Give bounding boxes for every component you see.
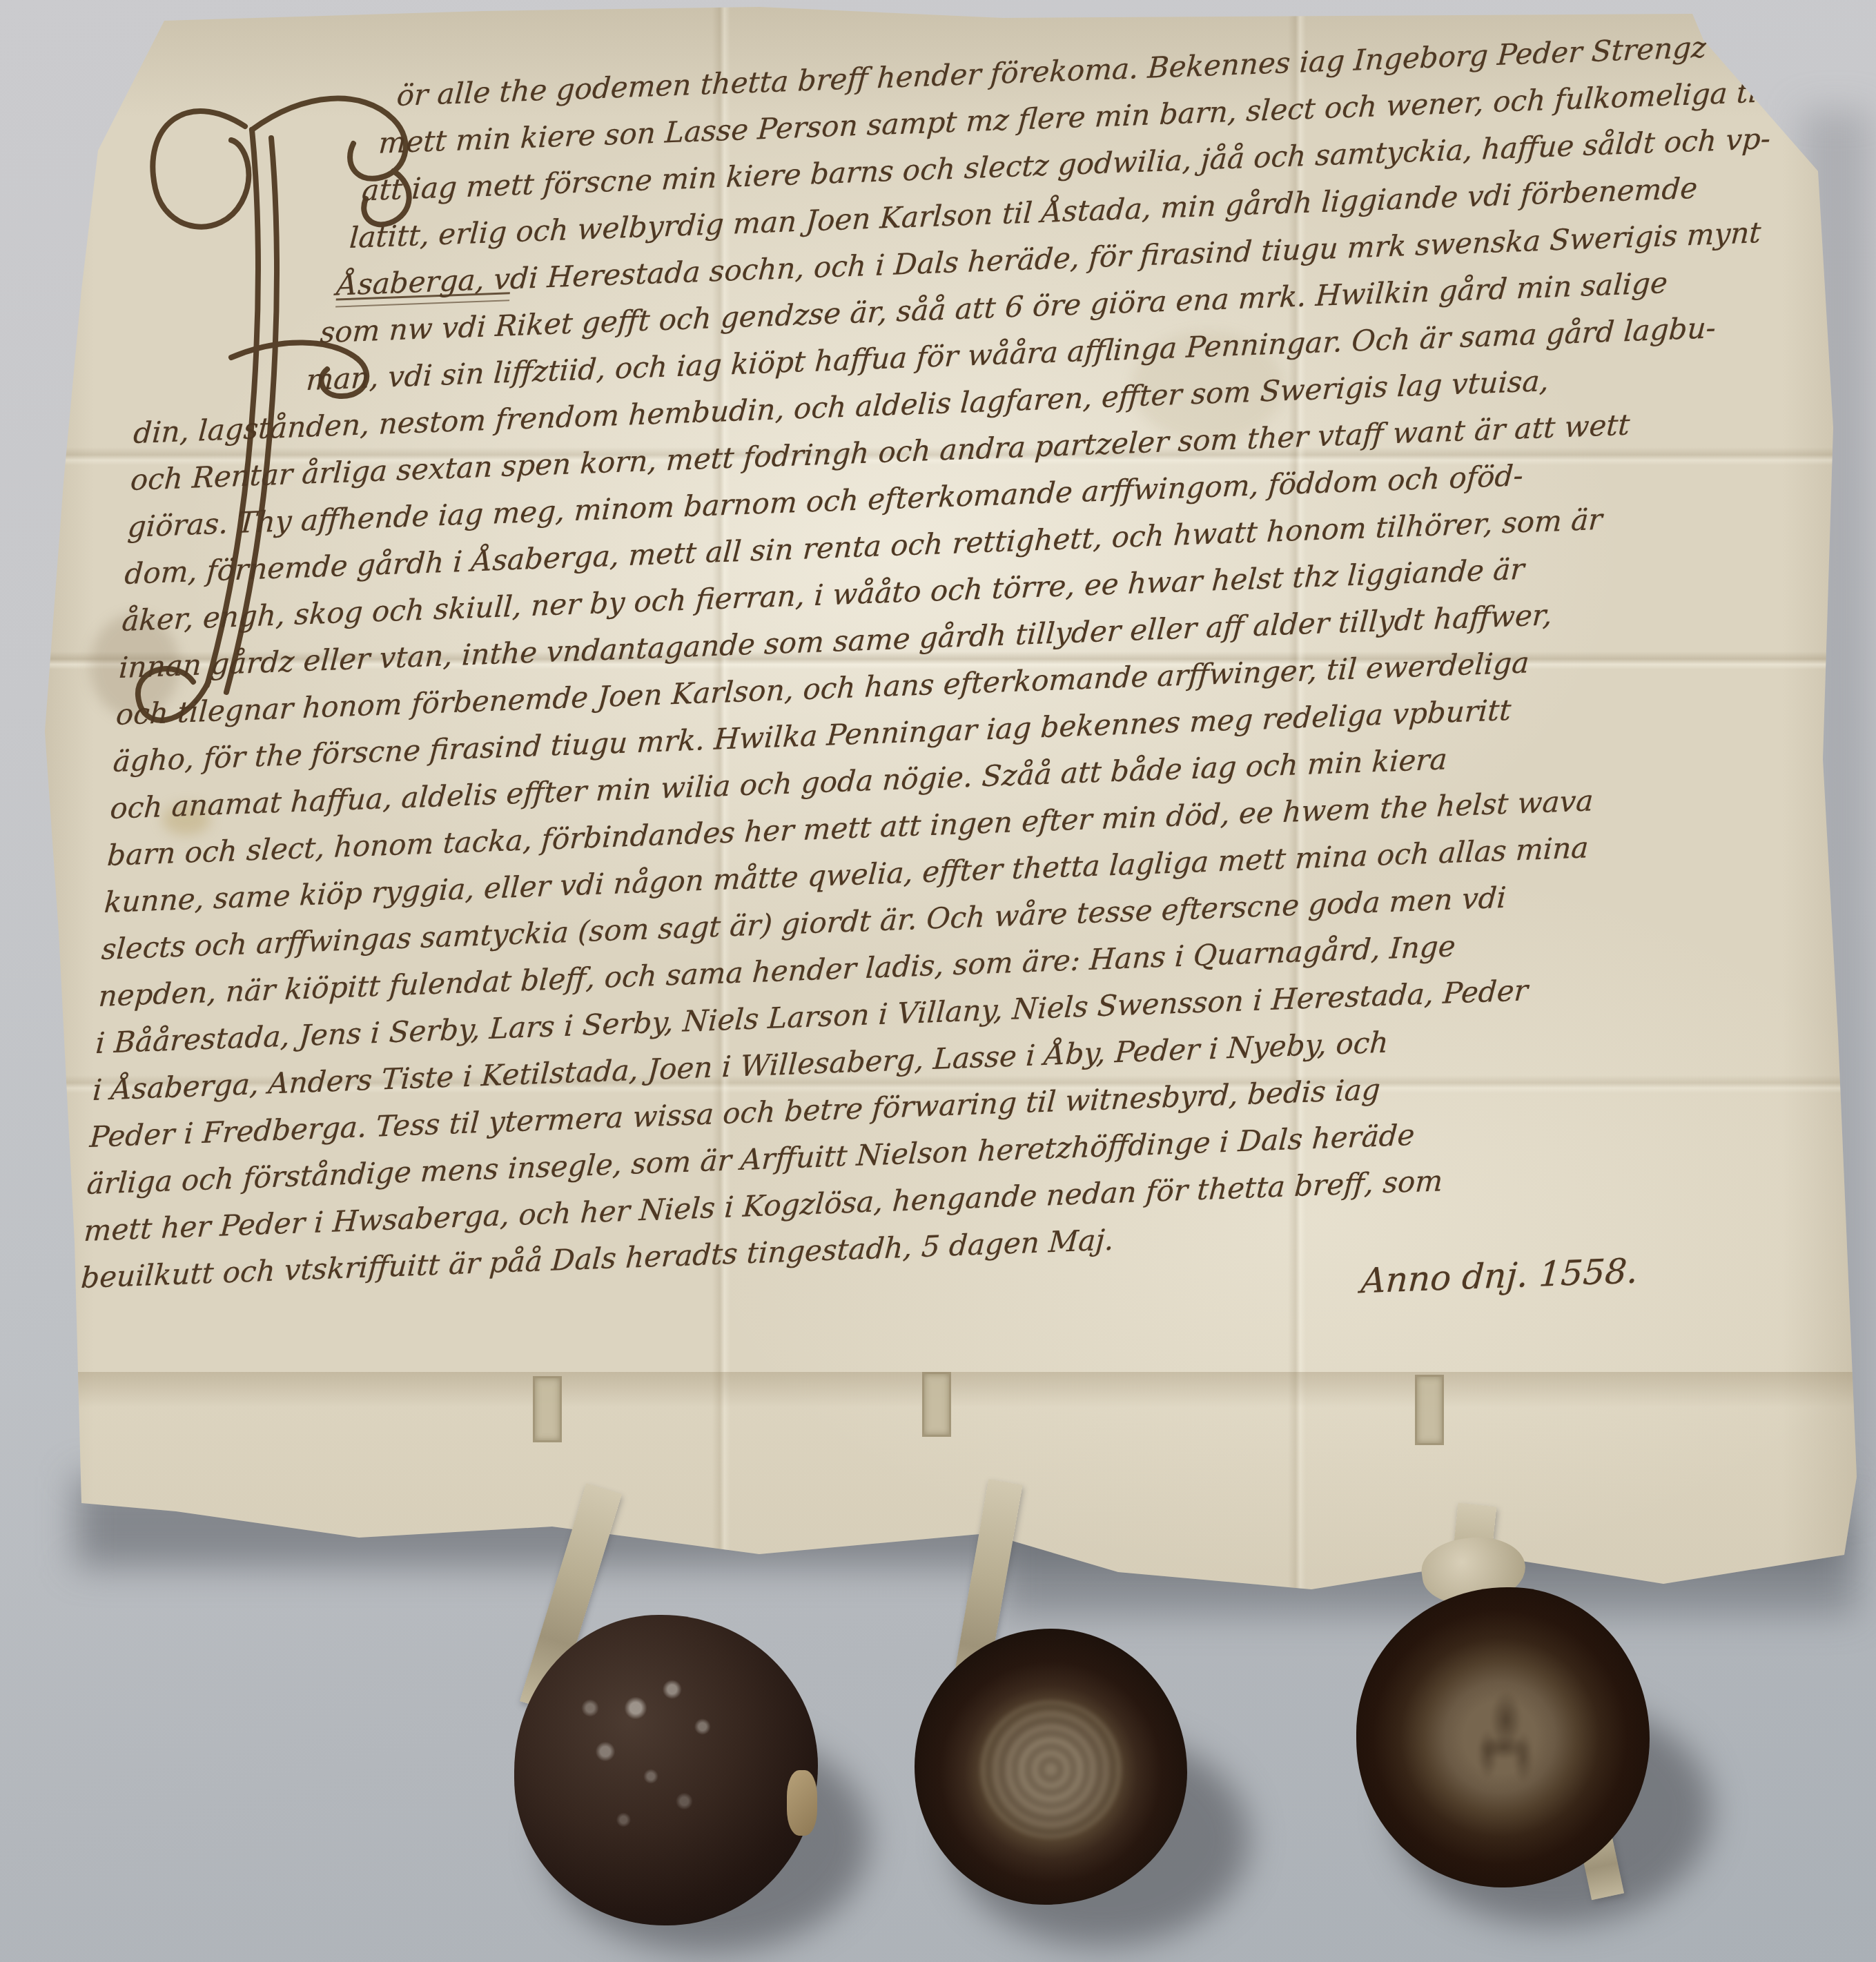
seal-chip bbox=[787, 1770, 817, 1836]
seal-impression bbox=[980, 1700, 1122, 1838]
tag-slit bbox=[1415, 1375, 1444, 1445]
seal-coat-of-arms bbox=[1445, 1671, 1568, 1809]
wax-seal-left bbox=[514, 1615, 818, 1925]
tag-slit bbox=[922, 1372, 951, 1437]
charter-text: ör alle the godemen thetta breff hender … bbox=[77, 22, 1763, 1355]
tag-slit bbox=[533, 1376, 562, 1442]
wax-seal-middle bbox=[915, 1629, 1187, 1905]
photograph-of-charter: ör alle the godemen thetta breff hender … bbox=[0, 0, 1876, 1962]
wax-seal-right bbox=[1356, 1587, 1650, 1887]
wax-seal-left-face bbox=[514, 1615, 818, 1925]
charter-lines: ör alle the godemen thetta breff hender … bbox=[79, 22, 1763, 1302]
